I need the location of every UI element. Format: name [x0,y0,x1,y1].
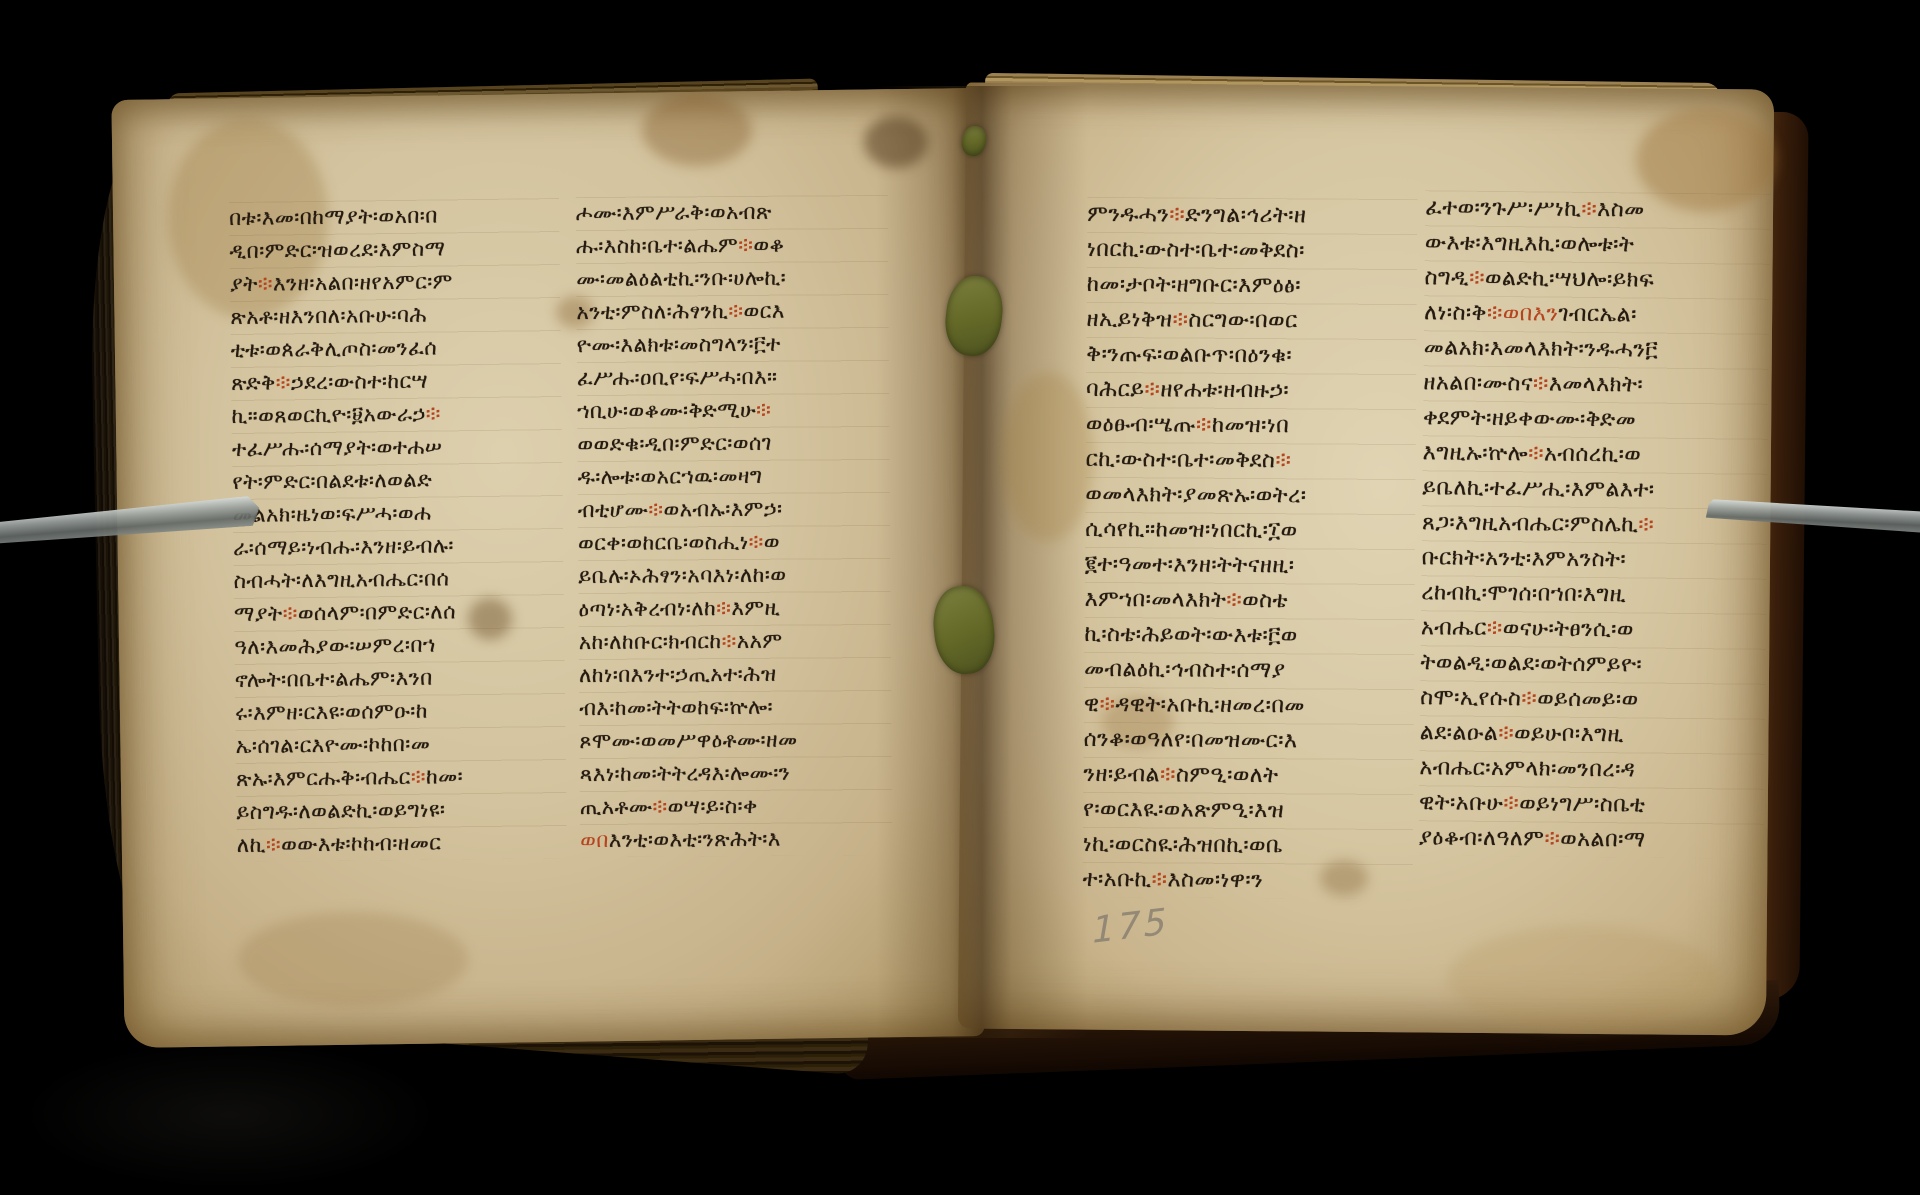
rubric-text: ፨ [716,596,731,620]
ink-text: ሖሙ፡እምሥራቅ፡ወአብጽ [576,200,772,225]
ink-text: ወ [764,530,780,554]
ink-text: ረከብኪ፡ሞገሰ፡በኀበ፡እግዚ [1421,580,1626,607]
ink-text: ፈሥሑ፡ዐቢየ፡ፍሥሓ፡በእ። [577,365,778,390]
ink-text: መልአክ፡ዜነወ፡ፍሥሓ፡ወሐ [233,501,432,527]
manuscript-text-line: ወወድቁ፡ዲበ፡ምድር፡ወሰገ [577,426,889,461]
ink-text: አንቲ፡ምስለ፡ሕፃንኪ [576,299,728,324]
ink-text: እስመ፡ነዋ፡ን [1167,867,1263,893]
ink-text: ያት [230,272,258,296]
manuscript-text-line: እግዚኡ፡ኵሎ፨አብሰረኪ፡ወ [1423,435,1768,474]
ink-text: ርኪ፡ውስተ፡ቤተ፡መቅደስ [1086,447,1276,473]
ink-text: ሑ፡እስከ፡ቤተ፡ልሔም [576,233,738,258]
ink-text: ጽድቅ [231,370,276,395]
rubric-text: ፨ [721,629,736,653]
manuscript-text-line: ቡርክት፡አንቲ፡እምአንስት፡ [1421,540,1766,579]
ink-text: ንዘ፡ይብል [1083,762,1160,788]
manuscript-text-line: ያዕቆብ፡ለዓለም፨ወአልበ፡ማ [1419,820,1764,859]
manuscript-text-line: ቀደምት፡ዘይቀውሙ፡ቅድመ [1423,400,1768,439]
ink-text: ስብሓት፡ለእግዚአብሔር፡በሰ [233,566,449,593]
ink-text: ብቲሆሙ [578,498,649,522]
manuscript-text-line: ሲሳየኪ።ከመዝ፡ነበርኪ፡፲ወ [1085,512,1415,549]
ink-text: ቅ፡ንጡፍ፡ወልቡጥ፡በዕንቁ፡ [1086,342,1292,368]
rubric-text: ፨ [1152,867,1168,892]
manuscript-text-line: ዊት፡አቡሁ፨ወይነግሥ፡ስቤቲ [1419,785,1764,824]
manuscript-text-line: ማያት፨ወሰላም፡በምድር፡ለሰ [234,594,564,631]
manuscript-text-line: ጽኡ፡እምርሑቅ፡ብሔር፨ከመ፡ [236,759,566,796]
text-column-right-inner: ምንዱሓን፨ድንግል፡ኅሪት፡ዘነበርኪ፡ውስተ፡ቤተ፡መቅደስ፡ከመ፡ታቦት፡… [1083,197,1418,899]
manuscript-text-line: ጽአቶ፡ዘእንበለ፡አቡሁ፡ባሕ [230,297,560,334]
manuscript-text-line: የ፡ወርእዪ፡ወአጽምዒ፡እዝ [1083,792,1413,829]
ink-text: እምዚ [731,596,780,620]
manuscript-text-line: ለኪ፨ወውእቱ፡ኮከብ፡ዘመር [237,825,567,862]
ink-text: ባሕርይ [1086,377,1144,402]
ink-text: መልአክ፡እመላእክት፡ንዱሓን፫ [1424,335,1658,362]
rubric-text: ፨ [1544,826,1560,851]
ink-text: ከመ፡ታቦት፡ዘግቡር፡እምዕፅ፡ [1087,272,1301,298]
ink-text: ዕጣነ፡አቅረብነ፡ለከ [578,596,716,621]
text-column-right-outer: ፈተወ፡ንጉሥ፡ሥነኪ፨እስመውእቱ፡እግዚእኪ፡ወሎቱ፡ትስግዲ፨ወልድኪ፡ሣ… [1419,190,1771,859]
ink-text: ከመዝ፡ነበ [1212,413,1290,439]
ink-text: እግዚኡ፡ኵሎ [1423,440,1529,466]
rubric-text: ፨ [756,398,771,422]
manuscript-text-line: ዘአልበ፡ሙስና፨እመላእክት፡ [1423,365,1768,404]
manuscript-text-line: ተፈሥሑ፡ሰማያት፡ወተሐሠ [232,429,562,466]
manuscript-text-line: ጻእነ፡ከመ፡ትትረዳእ፡ሎሙ፡ን [580,756,892,791]
ink-text: ዓለ፡እመሕያው፡ሠምረ፡በኀ [234,633,436,659]
ink-text: ወስቴ [1242,588,1288,613]
ink-text: ያዕቆብ፡ለዓለም [1419,825,1545,851]
ink-text: ዊ [1084,692,1100,717]
rubric-text: ፨ [728,299,743,323]
ink-text: ለከነ፡በእንተ፡ኃጢአተ፡ሕዝ [579,662,777,687]
manuscript-text-line: ባሕርይ፨ዘየሐቱ፡ዘብዙኃ፡ [1086,372,1416,409]
manuscript-text-line: ይስግዱ፡ለወልድኪ፡ወይግነዩ፡ [236,792,566,829]
rubric-text: ፨ [282,601,298,625]
ink-text: ዘየሐቱ፡ዘብዙኃ፡ [1160,377,1289,403]
ink-text: ገብርኤል፡ [1558,302,1637,328]
manuscript-text-line: ተ፡አቡኪ፨እስመ፡ነዋ፡ን [1083,862,1413,899]
manuscript-text-line: ብእ፡ከመ፡ትትወከፍ፡ኵሎ፡ [579,690,891,725]
manuscript-text-line: ዓለ፡እመሕያው፡ሠምረ፡በኀ [234,627,564,664]
ink-text: ኪ፡ስቴ፡ሕይወት፡ውእቱ፡፫ወ [1084,622,1297,648]
manuscript-text-line: ነበርኪ፡ውስተ፡ቤተ፡መቅደስ፡ [1087,232,1417,269]
manuscript-text-line: ይቤሉ፡ኦሕፃን፡አባእነ፡ለከ፡ወ [578,558,890,593]
ink-text: ምንዱሓን [1087,202,1169,228]
manuscript-text-line: አብሔር፡አምላክ፡መንበረ፡ዳ [1419,750,1764,789]
manuscript-text-line: መብልዕኪ፡ኅብስተ፡ሰማያ [1084,652,1414,689]
ink-text: ነበርኪ፡ውስተ፡ቤተ፡መቅደስ፡ [1087,237,1305,264]
ink-text: ወልድኪ፡ሣህሎ፡ይክፍ [1485,266,1654,293]
manuscript-text-line: ስግዲ፨ወልድኪ፡ሣህሎ፡ይክፍ [1424,260,1769,299]
ink-text: ሰንቆ፡ወዓለየ፡በመዝሙር፡እ [1084,727,1298,753]
manuscript-text-line: ዊ፨ዳዊት፡አቡኪ፡ዘመረ፡በመ [1084,687,1414,724]
rubric-text: ፨ [648,497,663,521]
ink-text: እስመ [1597,197,1645,222]
ink-text: ወአብኡ፡እምኃ፡ [663,497,782,522]
ink-text: አአም [737,629,783,653]
ink-text: ፈተወ፡ንጉሥ፡ሥነኪ [1425,195,1581,222]
ink-text: ወመላእክት፡ያመጽኡ፡ወትረ፡ [1085,482,1306,509]
ink-text: ነኪ፡ወርስዪ፡ሕዝበኪ፡ወቤ [1083,832,1283,858]
ink-text: ጻእነ፡ከመ፡ትትረዳእ፡ሎሙ፡ን [580,761,791,786]
rubric-text: ፨ [426,401,442,425]
ink-text: ኃደረ፡ውስተ፡ከርሣ [291,369,429,395]
text-column-left-outer: በቱ፡እመ፡በከማያት፡ወአበ፡በዲበ፡ምድር፡ዝወረደ፡እምስማያት፨እንዘ፡… [229,198,567,862]
ink-text: ስግዲ [1424,265,1469,290]
rubric-text: ፨ [738,233,753,257]
ink-text: ዱ፡ሎቱ፡ወአርኀዉ፡መዛግ [578,464,763,489]
manuscript-text-line: በቱ፡እመ፡በከማያት፡ወአበ፡በ [229,198,559,235]
ink-text: ዳዊት፡አቡኪ፡ዘመረ፡በመ [1115,692,1305,718]
manuscript-text-line: ጽድቅ፨ኃደረ፡ውስተ፡ከርሣ [231,363,561,400]
ink-text: ሙ፡መልዕልቲኪ፡ንቡ፡ሀሎኪ፡ [576,266,786,291]
ink-text: መብልዕኪ፡ኅብስተ፡ሰማያ [1084,657,1285,683]
ink-text: ትወልዲ፡ወልደ፡ወትሰምይዮ፡ [1420,650,1642,677]
manuscript-text-line: ትወልዲ፡ወልደ፡ወትሰምይዮ፡ [1420,645,1765,684]
manuscript-text-line: መልአክ፡ዜነወ፡ፍሥሓ፡ወሐ [233,495,563,532]
center-gutter-fold [876,86,1088,1038]
manuscript-text-line: ፈተወ፡ንጉሥ፡ሥነኪ፨እስመ [1425,190,1770,229]
rubric-text: ፨ [1144,377,1160,402]
manuscript-text-line: አንቲ፡ምስለ፡ሕፃንኪ፨ወርእ [576,294,888,329]
ink-text: ጾሞሙ፡ወመሥዋዕቶሙ፡ዘመ [579,728,797,754]
manuscript-text-line: ቲቱ፡ወጰራቅሊጦስ፡መንፈሰ [231,330,561,367]
ink-text: ወሣ፡ይ፡ስ፡ቀ [668,794,758,819]
rubric-text: ፨ [1528,441,1544,466]
manuscript-text-line: ስሞ፡ኢየሱስ፨ወይሰመይ፡ወ [1420,680,1765,719]
ink-text: ወሰላም፡በምድር፡ለሰ [298,599,456,625]
manuscript-text-line: ሑ፡እስከ፡ቤተ፡ልሔም፨ወቆ [576,228,888,263]
manuscript-text-line: ዱ፡ሎቱ፡ወአርኀዉ፡መዛግ [578,459,890,494]
ink-text: ይቤለኪ፡ተፈሥሒ፡እምልእተ፡ [1422,475,1654,502]
ink-text: ብእ፡ከመ፡ትትወከፍ፡ኵሎ፡ [579,695,773,720]
rubric-text: ወበእን [1503,301,1559,327]
rubric-text: ፨ [258,272,274,296]
ink-text: እመላእክት፡ [1549,372,1643,398]
rubric-text: ፨ [1226,588,1242,613]
manuscript-text-line: ርኪ፡ውስተ፡ቤተ፡መቅደስ፨ [1085,442,1415,479]
manuscript-text-line: አብሔር፨ወናሁ፡ትፀንሲ፡ወ [1421,610,1766,649]
manuscript-text-line: ጾሞሙ፡ወመሥዋዕቶሙ፡ዘመ [579,723,891,758]
rubric-text: ፨ [1160,762,1176,787]
rubric-text: ፨ [1638,512,1654,537]
ink-text: ሩ፡እምዘ፡ርእዩ፡ወሰምዑ፡ከ [235,699,428,725]
manuscript-text-line: ለከነ፡በእንተ፡ኃጢአተ፡ሕዝ [579,657,891,692]
manuscript-text-line: ራ፡ሰማይ፡ነብሑ፡እንዘ፡ይብሉ፡ [233,528,563,565]
rubric-text: ፨ [1503,791,1519,816]
ink-text: ስምዒ፡ወለት [1176,762,1279,788]
manuscript-text-line: ወዕፁብ፡ሤጡ፨ከመዝ፡ነበ [1086,407,1416,444]
ink-text: ስሞ፡ኢየሱስ [1420,685,1521,711]
rubric-text: ፨ [266,832,282,856]
ink-text: ቀደምት፡ዘይቀውሙ፡ቅድመ [1423,405,1636,432]
ink-text: ጢአቶሙ [580,795,653,820]
ink-text: ለነ፡ስ፡ቅ [1424,300,1487,326]
ink-text: ጽኡ፡እምርሑቅ፡ብሔር [236,765,411,791]
ink-text: ወውእቱ፡ኮከብ፡ዘመር [281,830,441,856]
ink-text: በቱ፡እመ፡በከማያት፡ወአበ፡በ [229,203,438,230]
rubric-text: ፨ [411,765,427,789]
manuscript-text-line: ምንዱሓን፨ድንግል፡ኅሪት፡ዘ [1087,197,1417,234]
rubric-text: ፨ [276,370,292,394]
manuscript-text-line: ስብሓት፡ለእግዚአብሔር፡በሰ [233,561,563,598]
manuscript-text-line: ያት፨እንዘ፡አልበ፡ዘየአምር፡ም [230,264,560,301]
ink-text: ልደ፡ልዑል [1420,720,1499,746]
manuscript-photograph: በቱ፡እመ፡በከማያት፡ወአበ፡በዲበ፡ምድር፡ዝወረደ፡እምስማያት፨እንዘ፡… [0,0,1920,1195]
manuscript-text-line: መልአክ፡እመላእክት፡ንዱሓን፫ [1424,330,1769,369]
manuscript-text-line: የት፡ምድር፡በልደቱ፡ለወልድ [232,462,562,499]
manuscript-text-line: ነኪ፡ወርስዪ፡ሕዝበኪ፡ወቤ [1083,827,1413,864]
ink-text: ጽአቶ፡ዘእንበለ፡አቡሁ፡ባሕ [230,303,427,329]
rubric-text: ፨ [1469,266,1485,291]
ink-text: ውእቱ፡እግዚእኪ፡ወሎቱ፡ት [1425,230,1635,257]
rubric-text: ፨ [749,530,764,554]
text-column-left-inner: ሖሙ፡እምሥራቅ፡ወአብጽሑ፡እስከ፡ቤተ፡ልሔም፨ወቆሙ፡መልዕልቲኪ፡ንቡ፡… [576,195,893,857]
ink-text: ከመ፡ [426,764,463,788]
ink-text: ወአልበ፡ማ [1560,827,1645,853]
ink-text: የት፡ምድር፡በልደቱ፡ለወልድ [232,468,432,494]
ink-text: ወይነግሥ፡ስቤቲ [1519,791,1645,817]
ink-text: ቡርክት፡አንቲ፡እምአንስት፡ [1422,545,1627,572]
manuscript-text-line: ኖሎት፡በቤተ፡ልሔም፡እንበ [235,660,565,697]
manuscript-text-line: ለነ፡ስ፡ቅ፨ወበእንገብርኤል፡ [1424,295,1769,334]
manuscript-text-line: ሩ፡እምዘ፡ርእዩ፡ወሰምዑ፡ከ [235,693,565,730]
ink-text: ሲሳየኪ።ከመዝ፡ነበርኪ፡፲ወ [1085,517,1298,543]
ink-text: አብሔር፡አምላክ፡መንበረ፡ዳ [1419,755,1635,782]
ink-text: ዘአልበ፡ሙስና [1423,370,1533,396]
ink-text: ኖሎት፡በቤተ፡ልሔም፡እንበ [235,666,433,692]
rubric-text: ፨ [1487,301,1503,326]
manuscript-text-line: ቅ፡ንጡፍ፡ወልቡጥ፡በዕንቁ፡ [1086,337,1416,374]
ink-text: አከ፡ለከቡር፡ክብርከ [579,629,722,654]
manuscript-text-line: ወበእንቲ፡ወእቲ፡ንጽሕት፡እ [580,822,892,857]
ink-text: ወርእ [743,299,784,323]
manuscript-text-line: ከመ፡ታቦት፡ዘግቡር፡እምዕፅ፡ [1087,267,1417,304]
ink-text: ጸጋ፡እግዚአብሔር፡ምስሌኪ [1422,510,1639,537]
rubric-text: ፨ [1521,686,1537,711]
rubric-text: ፨ [1099,692,1115,717]
manuscript-text-line: ዘኢይነቅዝ፨ስርግው፡በወር [1086,302,1416,339]
ink-text: ወርቀ፡ወከርቤ፡ወስሒነ [578,530,749,555]
ink-text: ወቆ [753,233,784,257]
manuscript-text-line: ብቲሆሙ፨ወአብኡ፡እምኃ፡ [578,492,890,527]
ink-text: ኪ።ወጸወርኪዮ፡፱አውራኃ [231,402,425,428]
ink-text: ስርግው፡በወር [1188,308,1297,334]
ink-text: ተ፡አቡኪ [1083,867,1152,892]
manuscript-text-line: ኤ፡ሰገል፡ርእዮሙ፡ኮከበ፡መ [235,726,565,763]
ink-text: ወወድቁ፡ዲበ፡ምድር፡ወሰገ [577,431,772,456]
rubric-text: ፨ [1581,197,1597,222]
manuscript-text-line: ሖሙ፡እምሥራቅ፡ወአብጽ [576,195,888,230]
ink-text: እምኀበ፡መላእክት [1085,587,1227,613]
ink-text: ተፈሥሑ፡ሰማያት፡ወተሐሠ [232,434,443,461]
rubric-text: ፨ [1196,413,1212,438]
ink-text: እንቲ፡ወእቲ፡ንጽሕት፡እ [609,827,781,852]
manuscript-text-line: ንዘ፡ይብል፨ስምዒ፡ወለት [1083,757,1413,794]
ink-text: ወይሰመይ፡ወ [1537,686,1639,712]
rubric-text: ፨ [1487,616,1503,641]
manuscript-text-line: ዮሙ፡እልክቱ፡መስግላን፡፫ተ [577,327,889,362]
manuscript-text-line: ፪ተ፡ዓመተ፡እንዘ፡ትትናዘዚ፡ [1085,547,1415,584]
ink-text: ዲበ፡ምድር፡ዝወረደ፡እምስማ [229,236,445,263]
manuscript-text-line: ፈሥሑ፡ዐቢየ፡ፍሥሓ፡በእ። [577,360,889,395]
manuscript-text-line: ጢአቶሙ፨ወሣ፡ይ፡ስ፡ቀ [580,789,892,824]
manuscript-text-line: ልደ፡ልዑል፨ወይሁቦ፡እግዚ [1420,715,1765,754]
ink-text: አብሔር [1421,615,1487,641]
ink-text: አብሰረኪ፡ወ [1544,441,1641,467]
ink-text: ይስግዱ፡ለወልድኪ፡ወይግነዩ፡ [236,797,445,824]
ink-text: ወይሁቦ፡እግዚ [1514,721,1624,747]
ink-text: ፪ተ፡ዓመተ፡እንዘ፡ትትናዘዚ፡ [1085,552,1295,578]
manuscript-text-line: ረከብኪ፡ሞገሰ፡በኀበ፡እግዚ [1421,575,1766,614]
ink-text: ማያት [234,601,283,626]
manuscript-text-line: አከ፡ለከቡር፡ክብርከ፨አአም [579,624,891,659]
manuscript-text-line: እምኀበ፡መላእክት፨ወስቴ [1085,582,1415,619]
rubric-text: ፨ [1172,307,1188,332]
manuscript-text-line: ዕጣነ፡አቅረብነ፡ለከ፨እምዚ [578,591,890,626]
manuscript-text-line: ኪ።ወጸወርኪዮ፡፱አውራኃ፨ [231,396,561,433]
ink-text: ዘኢይነቅዝ [1087,307,1173,333]
ink-text: ኤ፡ሰገል፡ርእዮሙ፡ኮከበ፡መ [235,732,430,758]
ink-text: ይቤሉ፡ኦሕፃን፡አባእነ፡ለከ፡ወ [578,563,786,588]
ink-text: ዮሙ፡እልክቱ፡መስግላን፡፫ተ [577,332,781,357]
manuscript-text-line: ዲበ፡ምድር፡ዝወረደ፡እምስማ [229,231,559,268]
ink-text: ኀቢሁ፡ወቆሙ፡ቅድሚሁ [577,398,756,423]
manuscript-text-line: ኀቢሁ፡ወቆሙ፡ቅድሚሁ፨ [577,393,889,428]
ink-text: ዊት፡አቡሁ [1419,790,1504,816]
background-reflection [20,1040,440,1190]
manuscript-text-line: ውእቱ፡እግዚእኪ፡ወሎቱ፡ት [1425,225,1770,264]
manuscript-text-line: ሙ፡መልዕልቲኪ፡ንቡ፡ሀሎኪ፡ [576,261,888,296]
ink-text: የ፡ወርእዪ፡ወአጽምዒ፡እዝ [1083,797,1284,823]
ink-text: ቲቱ፡ወጰራቅሊጦስ፡መንፈሰ [231,336,438,363]
rubric-text: ፨ [1275,448,1291,473]
manuscript-text-line: ወመላእክት፡ያመጽኡ፡ወትረ፡ [1085,477,1415,514]
rubric-text: ፨ [652,794,667,818]
ink-text: ወዕፁብ፡ሤጡ [1086,412,1196,438]
ink-text: ወናሁ፡ትፀንሲ፡ወ [1503,616,1634,642]
manuscript-text-line: ኪ፡ስቴ፡ሕይወት፡ውእቱ፡፫ወ [1084,617,1414,654]
ink-text: ለኪ [237,833,266,857]
ink-text: ድንግል፡ኅሪት፡ዘ [1185,203,1306,229]
ink-text: ራ፡ሰማይ፡ነብሑ፡እንዘ፡ይብሉ፡ [233,533,454,560]
ink-text: እንዘ፡አልበ፡ዘየአምር፡ም [273,269,453,295]
rubric-text: ወበ [580,828,609,852]
manuscript-text-line: ወርቀ፡ወከርቤ፡ወስሒነ፨ወ [578,525,890,560]
manuscript-text-line: ሰንቆ፡ወዓለየ፡በመዝሙር፡እ [1084,722,1414,759]
rubric-text: ፨ [1169,202,1185,227]
rubric-text: ፨ [1533,371,1549,396]
rubric-text: ፨ [1498,721,1514,746]
